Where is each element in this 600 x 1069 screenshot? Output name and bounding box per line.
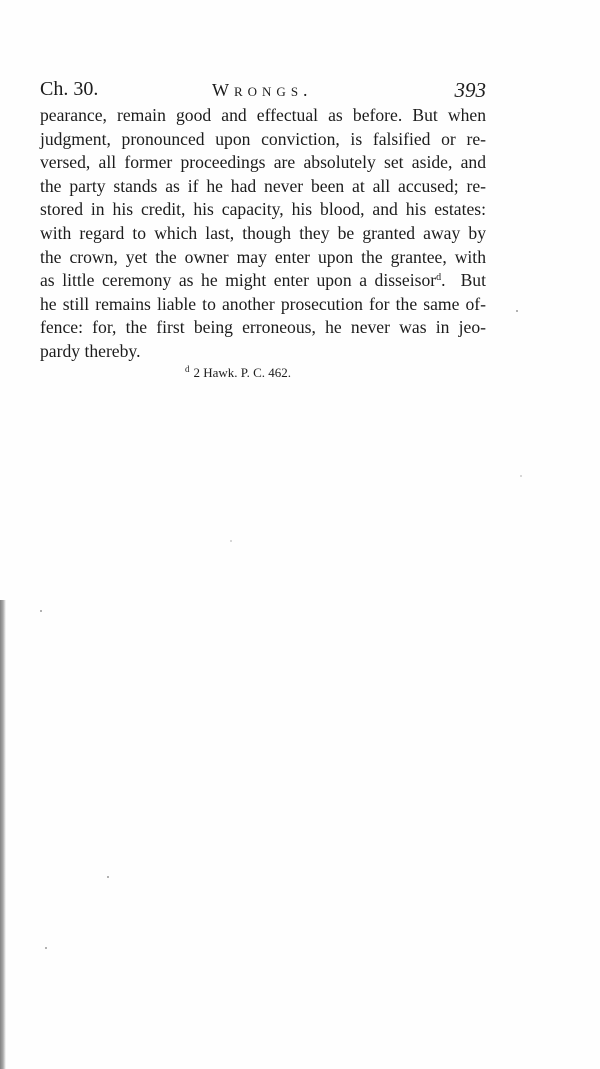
body-text: pearance, remain good and effectual as b… — [40, 104, 486, 364]
text-line: with regard to which last, though they b… — [40, 222, 486, 246]
text-line: the party stands as if he had never been… — [40, 175, 486, 199]
text-line: fence: for, the first being erroneous, h… — [40, 316, 486, 340]
chapter-label: Ch. 30. — [40, 78, 98, 101]
text-line-content: as little ceremony as he might enter upo… — [40, 270, 436, 290]
text-line-tail: . But — [441, 270, 486, 290]
text-line: stored in his credit, his capacity, his … — [40, 198, 486, 222]
paper-speck — [40, 610, 42, 612]
text-line: judgment, pronounced upon conviction, is… — [40, 128, 486, 152]
text-line: versed, all former proceedings are absol… — [40, 151, 486, 175]
text-line-with-note: as little ceremony as he might enter upo… — [40, 269, 486, 293]
paper-speck — [516, 310, 518, 312]
running-title: Wrongs. — [212, 80, 313, 101]
paper-speck — [45, 947, 47, 949]
text-line: he still remains liable to another prose… — [40, 293, 486, 317]
footnote-text: 2 Hawk. P. C. 462. — [194, 365, 292, 380]
footnote-mark: d — [185, 364, 190, 374]
paper-speck — [230, 540, 232, 542]
paper-speck — [107, 876, 109, 878]
running-head: Ch. 30. Wrongs. 393 — [40, 78, 486, 104]
binding-gutter-shadow — [0, 600, 6, 1069]
paper-speck — [520, 475, 522, 477]
text-line: pardy thereby. — [40, 340, 486, 364]
text-line: the crown, yet the owner may enter upon … — [40, 246, 486, 270]
book-page: Ch. 30. Wrongs. 393 pearance, remain goo… — [0, 0, 600, 1069]
page-number: 393 — [455, 78, 487, 103]
footnote: d2 Hawk. P. C. 462. — [185, 364, 291, 381]
text-line: pearance, remain good and effectual as b… — [40, 104, 486, 128]
